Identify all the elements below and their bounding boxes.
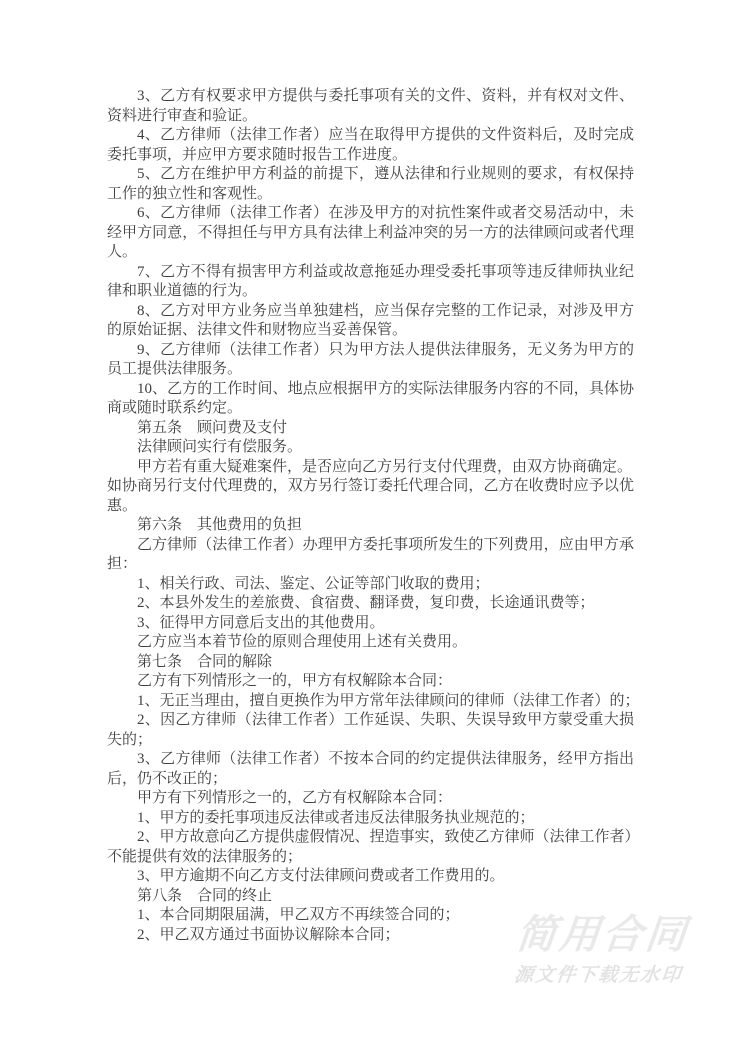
document-line: 1、甲方的委托事项违反法律或者违反法律服务执业规范的； [107, 809, 634, 829]
document-line: 法律顾问实行有偿服务。 [107, 438, 634, 458]
document-line: 1、相关行政、司法、鉴定、公证等部门收取的费用； [107, 575, 634, 595]
document-line: 5、乙方在维护甲方利益的前提下，遵从法律和行业规则的要求，有权保持 [107, 165, 634, 185]
document-line: 10、乙方的工作时间、地点应根据甲方的实际法律服务内容的不同，具体协 [107, 380, 634, 400]
document-line: 后，仍不改正的； [107, 770, 634, 790]
document-line: 惠。 [107, 497, 634, 517]
document-line: 人。 [107, 243, 634, 263]
document-line: 甲方若有重大疑难案件，是否应向乙方另行支付代理费，由双方协商确定。 [107, 458, 634, 478]
document-line: 2、本县外发生的差旅费、食宿费、翻译费，复印费，长途通讯费等； [107, 594, 634, 614]
document-line: 第五条 顾问费及支付 [107, 419, 634, 439]
document-line: 工作的独立性和客观性。 [107, 185, 634, 205]
document-line: 第八条 合同的终止 [107, 887, 634, 907]
document-line: 3、甲方逾期不向乙方支付法律顾问费或者工作费用的。 [107, 867, 634, 887]
document-line: 失的； [107, 731, 634, 751]
document-line: 6、乙方律师（法律工作者）在涉及甲方的对抗性案件或者交易活动中，未 [107, 204, 634, 224]
document-line: 3、征得甲方同意后支出的其他费用。 [107, 614, 634, 634]
document-line: 如协商另行支付代理费的，双方另行签订委托代理合同，乙方在收费时应予以优 [107, 477, 634, 497]
document-page: 3、乙方有权要求甲方提供与委托事项有关的文件、资料，并有权对文件、资料进行审查和… [0, 0, 742, 1049]
document-line: 1、无正当理由，擅自更换作为甲方常年法律顾问的律师（法律工作者）的； [107, 692, 634, 712]
contract-text-block: 3、乙方有权要求甲方提供与委托事项有关的文件、资料，并有权对文件、资料进行审查和… [107, 87, 634, 945]
document-line: 资料进行审查和验证。 [107, 107, 634, 127]
document-line: 7、乙方不得有损害甲方利益或故意拖延办理受委托事项等违反律师执业纪 [107, 263, 634, 283]
document-line: 1、本合同期限届满，甲乙双方不再续签合同的； [107, 906, 634, 926]
document-line: 乙方应当本着节俭的原则合理使用上述有关费用。 [107, 633, 634, 653]
document-line: 的原始证据、法律文件和财物应当妥善保管。 [107, 321, 634, 341]
document-line: 第七条 合同的解除 [107, 653, 634, 673]
document-line: 经甲方同意，不得担任与甲方具有法律上利益冲突的另一方的法律顾问或者代理 [107, 224, 634, 244]
document-line: 8、乙方对甲方业务应当单独建档，应当保存完整的工作记录，对涉及甲方 [107, 302, 634, 322]
document-line: 商或随时联系约定。 [107, 399, 634, 419]
document-line: 律和职业道德的行为。 [107, 282, 634, 302]
document-line: 3、乙方律师（法律工作者）不按本合同的约定提供法律服务，经甲方指出 [107, 750, 634, 770]
document-line: 2、甲乙双方通过书面协议解除本合同； [107, 926, 634, 946]
document-line: 3、乙方有权要求甲方提供与委托事项有关的文件、资料，并有权对文件、 [107, 87, 634, 107]
document-line: 不能提供有效的法律服务的； [107, 848, 634, 868]
document-line: 9、乙方律师（法律工作者）只为甲方法人提供法律服务，无义务为甲方的 [107, 341, 634, 361]
document-line: 担： [107, 555, 634, 575]
document-line: 乙方律师（法律工作者）办理甲方委托事项所发生的下列费用，应由甲方承 [107, 536, 634, 556]
document-line: 第六条 其他费用的负担 [107, 516, 634, 536]
document-line: 委托事项，并应甲方要求随时报告工作进度。 [107, 146, 634, 166]
document-line: 4、乙方律师（法律工作者）应当在取得甲方提供的文件资料后，及时完成 [107, 126, 634, 146]
document-line: 甲方有下列情形之一的，乙方有权解除本合同： [107, 789, 634, 809]
document-line: 员工提供法律服务。 [107, 360, 634, 380]
document-line: 2、因乙方律师（法律工作者）工作延误、失职、失误导致甲方蒙受重大损 [107, 711, 634, 731]
watermark-tagline: 源文件下载无水印 [511, 964, 685, 986]
document-line: 2、甲方故意向乙方提供虚假情况、捏造事实，致使乙方律师（法律工作者） [107, 828, 634, 848]
document-line: 乙方有下列情形之一的，甲方有权解除本合同： [107, 672, 634, 692]
